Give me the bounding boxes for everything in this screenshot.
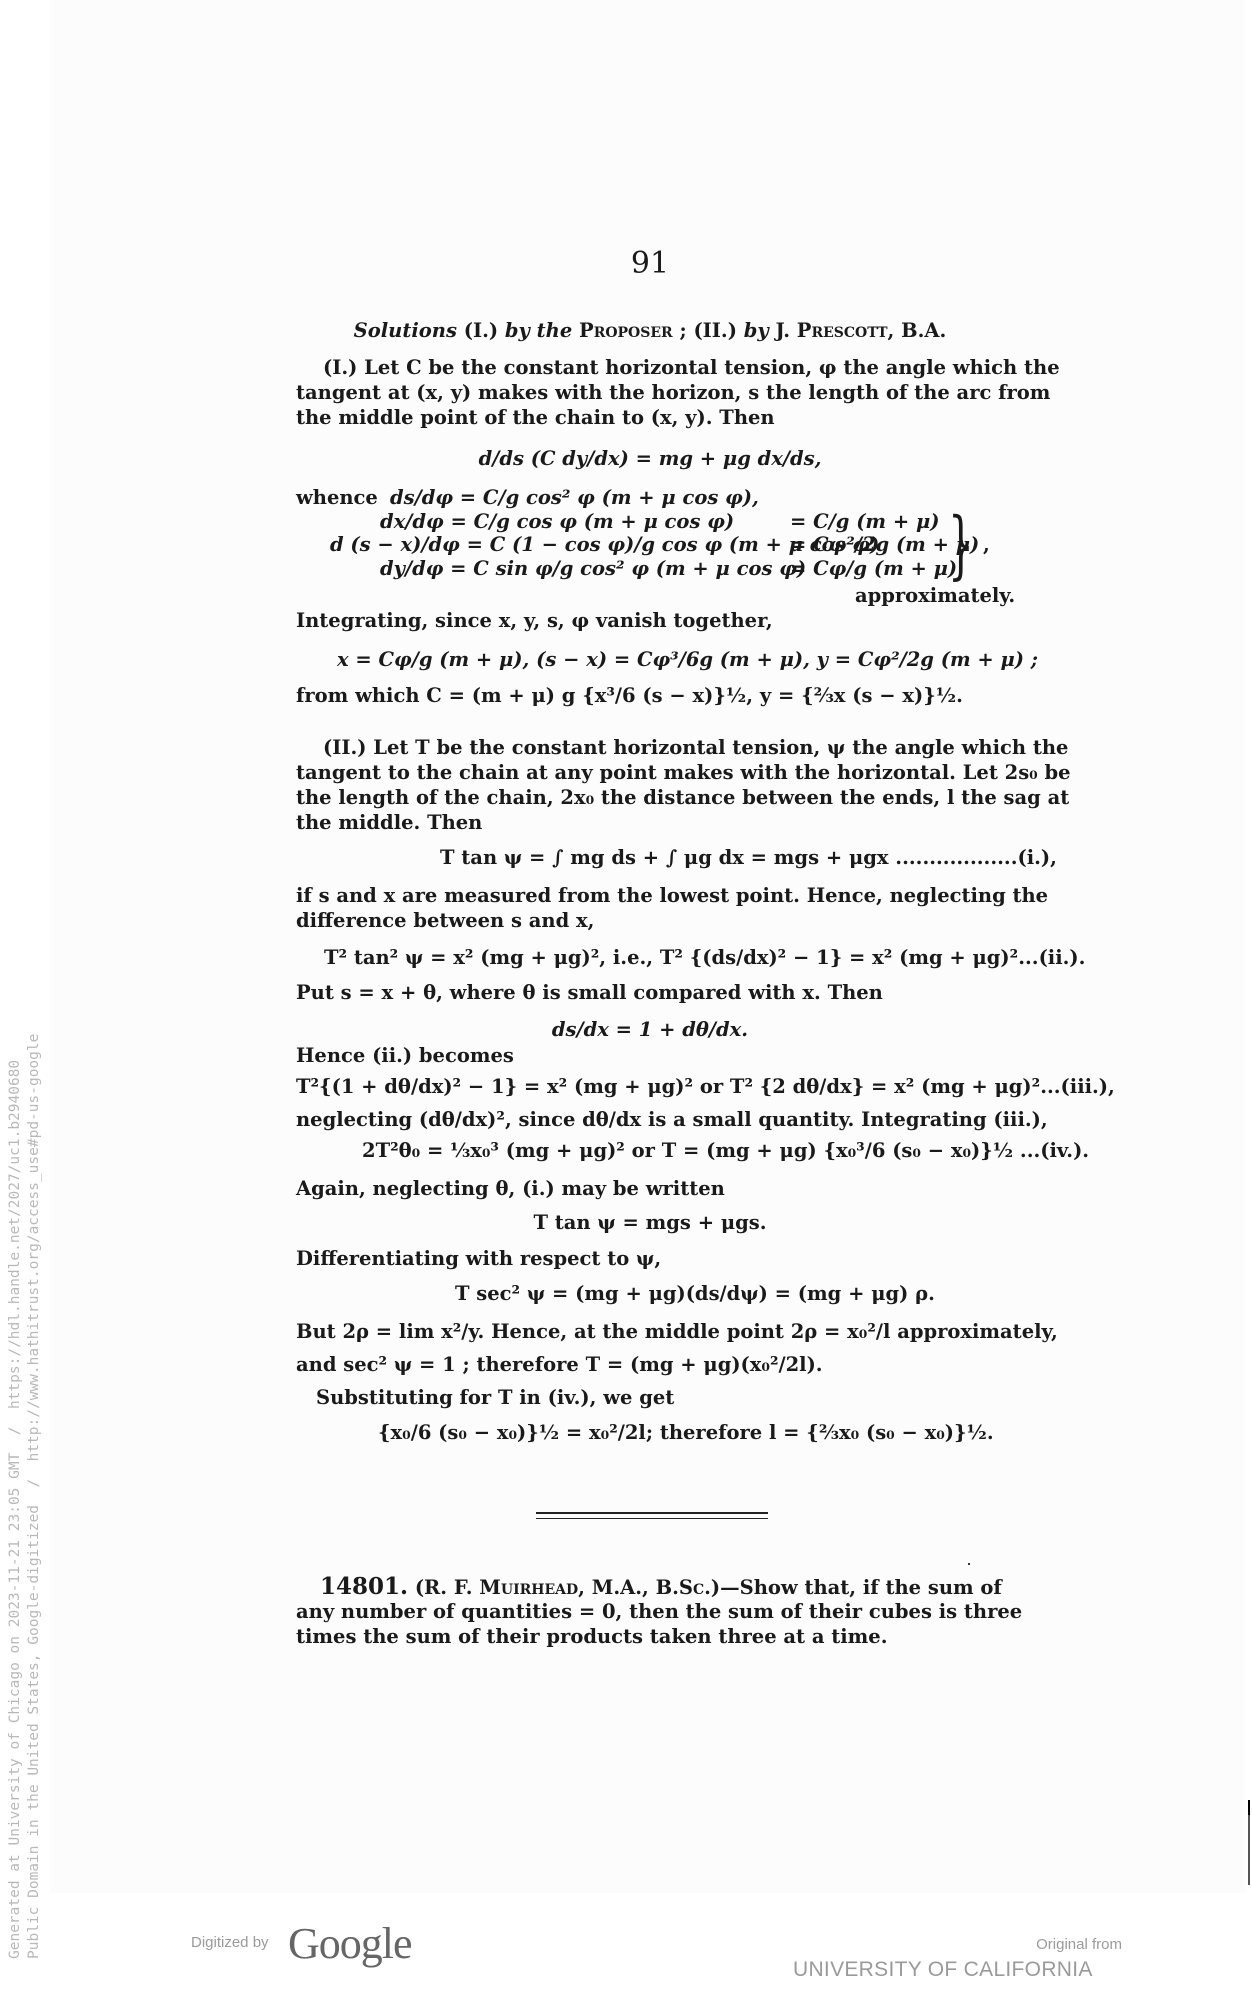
watermark-line-1: Generated at University of Chicago on 20…	[7, 1060, 23, 1959]
equation-ds-dphi: ds/dφ = C/g cos² φ (m + μ cos φ),	[390, 486, 759, 510]
equation-iii: T²{(1 + dθ/dx)² − 1} = x² (mg + μg)² or …	[296, 1075, 1115, 1099]
original-from-label: Original from	[1036, 1936, 1122, 1953]
heading-sep: ; (II.)	[673, 319, 744, 342]
part1-line-1: (I.) Let C be the constant horizontal te…	[323, 356, 1060, 380]
but-text: But 2ρ = lim x²/y. Hence, at the middle …	[296, 1320, 1058, 1344]
equation-ii: T² tan² ψ = x² (mg + μg)², i.e., T² {(ds…	[324, 946, 1085, 970]
equation-ds-dx: ds/dx = 1 + dθ/dx.	[296, 1018, 1004, 1042]
and-sec-text: and sec² ψ = 1 ; therefore T = (mg + μg)…	[296, 1353, 823, 1377]
equation-iv: 2T²θ₀ = ⅓x₀³ (mg + μg)² or T = (mg + μg)…	[362, 1139, 1089, 1163]
brace-comma: ,	[983, 533, 990, 557]
solutions-heading: Solutions (I.) by the Proposer ; (II.) b…	[296, 319, 1004, 343]
from-which-text: from which C = (m + μ) g {x³/6 (s − x)}½…	[296, 684, 963, 708]
measured-line-2: difference between s and x,	[296, 909, 594, 933]
hence-ii-text: Hence (ii.) becomes	[296, 1044, 514, 1068]
question-14801: 14801. (R. F. Muirhead, M.A., B.Sc.)—Sho…	[320, 1575, 1002, 1600]
heading-by-the: by the	[505, 319, 572, 342]
whence-label: whence	[296, 486, 378, 510]
hathitrust-watermark: Generated at University of Chicago on 20…	[0, 1034, 44, 1989]
institution-label: UNIVERSITY OF CALIFORNIA	[793, 1958, 1093, 1982]
measured-line-1: if s and x are measured from the lowest …	[296, 884, 1048, 908]
page-number: 91	[296, 252, 1004, 276]
equation-final: {x₀/6 (s₀ − x₀)}½ = x₀²/2l; therefore l …	[378, 1421, 994, 1445]
equation-dy-dphi: dy/dφ = C sin φ/g cos² φ (m + μ cos φ)	[380, 557, 806, 581]
heading-proposer: Proposer	[572, 319, 672, 342]
watermark-line-2: Public Domain in the United States, Goog…	[26, 1034, 42, 1959]
stray-mark	[968, 1563, 970, 1565]
right-brace: }	[948, 508, 974, 582]
question-text-1: —Show that, if the sum of	[720, 1576, 1002, 1599]
heading-part1: (I.)	[457, 319, 505, 342]
digitized-by-label: Digitized by	[191, 1934, 269, 1951]
part2-line-3: the length of the chain, 2x₀ the distanc…	[296, 786, 1069, 810]
put-text: Put s = x + θ, where θ is small compared…	[296, 981, 883, 1005]
equation-main: d/ds (C dy/dx) = mg + μg dx/ds,	[296, 447, 1004, 471]
heading-by: by	[744, 319, 769, 342]
substituting-text: Substituting for T in (iv.), we get	[316, 1386, 674, 1410]
equation-dy-approx: = Cφ/g (m + μ)	[790, 557, 957, 581]
part2-line-1: (II.) Let T be the constant horizontal t…	[323, 736, 1068, 760]
part1-line-2: tangent at (x, y) makes with the horizon…	[296, 381, 1050, 405]
question-number: 14801.	[320, 1573, 408, 1600]
section-rule-top	[536, 1512, 768, 1514]
page-edge-marker	[1248, 1800, 1250, 1885]
equation-tan: T tan ψ = mgs + μgs.	[296, 1211, 1004, 1235]
google-logo: Google	[288, 1918, 412, 1969]
neglecting-text: neglecting (dθ/dx)², since dθ/dx is a sm…	[296, 1108, 1048, 1132]
question-text-2: any number of quantities = 0, then the s…	[296, 1600, 1022, 1624]
part2-line-4: the middle. Then	[296, 811, 482, 835]
heading-solutions: Solutions	[354, 319, 457, 342]
section-rule-bottom	[536, 1518, 768, 1519]
question-author: (R. F. Muirhead, M.A., B.Sc.)	[408, 1576, 720, 1599]
integrating-text: Integrating, since x, y, s, φ vanish tog…	[296, 609, 773, 633]
differentiating-text: Differentiating with respect to ψ,	[296, 1247, 661, 1271]
part1-line-3: the middle point of the chain to (x, y).…	[296, 406, 775, 430]
equation-integrated: x = Cφ/g (m + μ), (s − x) = Cφ³/6g (m + …	[337, 648, 1038, 672]
heading-author: J. Prescott, B.A.	[769, 319, 947, 342]
equation-dx-dphi: dx/dφ = C/g cos φ (m + μ cos φ)	[380, 510, 734, 534]
approximately-label: approximately.	[855, 584, 1015, 608]
equation-i: T tan ψ = ∫ mg ds + ∫ μg dx = mgs + μgx …	[440, 846, 1057, 870]
equation-dx-approx: = C/g (m + μ)	[790, 510, 939, 534]
question-text-3: times the sum of their products taken th…	[296, 1625, 887, 1649]
part2-line-2: tangent to the chain at any point makes …	[296, 761, 1071, 785]
equation-sec: T sec² ψ = (mg + μg)(ds/dψ) = (mg + μg) …	[455, 1282, 935, 1306]
again-text: Again, neglecting θ, (i.) may be written	[296, 1177, 725, 1201]
